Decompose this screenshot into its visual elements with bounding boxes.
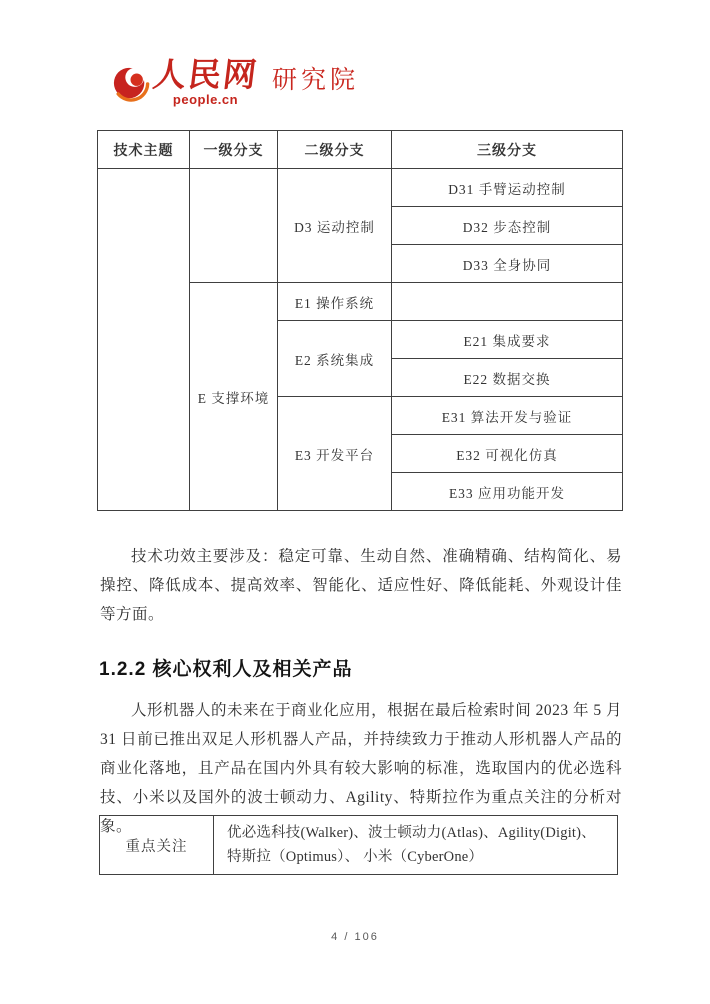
tech-branch-table: 技术主题 一级分支 二级分支 三级分支 D3 运动控制 D31 手臂运动控制 D… [97,130,623,511]
page-number-indicator: 4 / 106 [0,931,710,943]
cell-tech-theme [98,169,190,511]
focus-table-row: 重点关注 优必选科技(Walker)、波士顿动力(Atlas)、Agility(… [100,816,618,875]
section-heading: 1.2.2 核心权利人及相关产品 [99,654,353,681]
cell-d32: D32 步态控制 [392,207,623,245]
focus-table: 重点关注 优必选科技(Walker)、波士顿动力(Atlas)、Agility(… [99,815,618,875]
cell-e1: E1 操作系统 [278,283,392,321]
cell-level1-e: E 支撑环境 [190,283,278,511]
cell-e1-blank [392,283,623,321]
cell-e21: E21 集成要求 [392,321,623,359]
cell-d3: D3 运动控制 [278,169,392,283]
header-tech-theme: 技术主题 [98,131,190,169]
cell-d31: D31 手臂运动控制 [392,169,623,207]
header-level1: 一级分支 [190,131,278,169]
document-page: 人民网 people.cn 研究院 技术主题 一级分支 二级分支 三级分支 D3… [0,0,710,1004]
focus-content-cell: 优必选科技(Walker)、波士顿动力(Atlas)、Agility(Digit… [214,816,618,875]
tech-effect-paragraph: 技术功效主要涉及：稳定可靠、生动自然、准确精确、结构简化、易操控、降低成本、提高… [100,542,622,629]
focus-label-cell: 重点关注 [100,816,214,875]
cell-e33: E33 应用功能开发 [392,473,623,511]
header-level3: 三级分支 [392,131,623,169]
table-header-row: 技术主题 一级分支 二级分支 三级分支 [98,131,623,169]
logo-text-block: 人民网 people.cn [153,58,258,107]
people-cn-swirl-icon [112,64,150,104]
cell-e3: E3 开发平台 [278,397,392,511]
people-cn-logo: 人民网 people.cn 研究院 [112,58,359,107]
logo-brand-en: people.cn [153,92,258,107]
cell-e32: E32 可视化仿真 [392,435,623,473]
cell-e2: E2 系统集成 [278,321,392,397]
cell-level1-d [190,169,278,283]
header-level2: 二级分支 [278,131,392,169]
logo-brand-cn: 人民网 [151,58,260,94]
cell-e31: E31 算法开发与验证 [392,397,623,435]
cell-d33: D33 全身协同 [392,245,623,283]
cell-e22: E22 数据交换 [392,359,623,397]
table-row: D3 运动控制 D31 手臂运动控制 [98,169,623,207]
logo-suffix: 研究院 [272,68,359,94]
